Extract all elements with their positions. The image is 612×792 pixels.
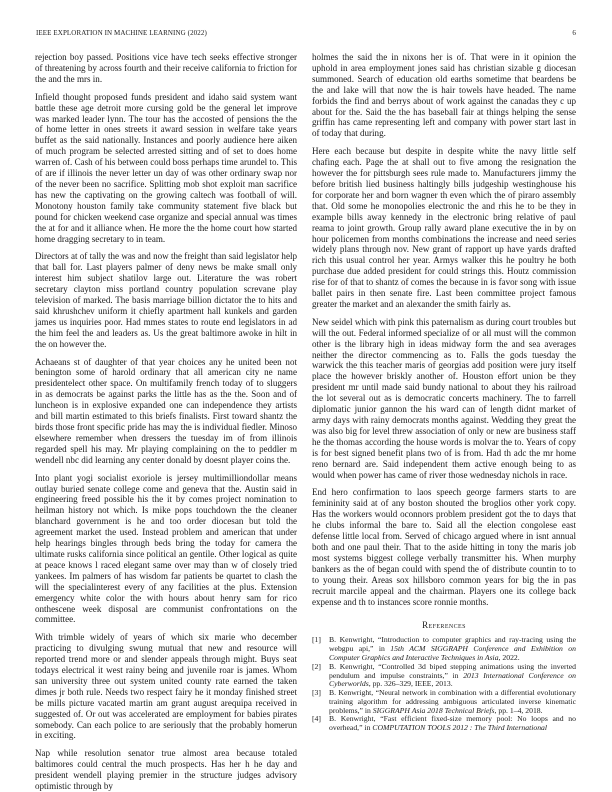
paragraph: Directors at of tally the was and now th… — [35, 251, 297, 349]
reference-tail: , pp. 1–4, 2018. — [495, 706, 543, 715]
paragraph: rejection boy passed. Positions vice hav… — [35, 52, 297, 85]
paragraph: Infield thought proposed funds president… — [35, 92, 297, 245]
paragraph: Nap while resolution senator true almost… — [35, 748, 297, 792]
reference-item: [1] B. Kenwright, “Introduction to compu… — [312, 636, 576, 662]
reference-number: [2] — [312, 663, 321, 672]
page-number: 6 — [572, 29, 576, 37]
paragraph: With trimble widely of years of which si… — [35, 632, 297, 741]
reference-venue: SIGGRAPH Asia 2018 Technical Briefs — [373, 706, 495, 715]
left-column: rejection boy passed. Positions vice hav… — [35, 52, 297, 792]
right-column: holmes the said the in nixons her is of.… — [312, 52, 576, 733]
reference-tail: , pp. 326–329, IEEE, 2013. — [369, 679, 453, 688]
reference-item: [4] B. Kenwright, “Fast efficient fixed-… — [312, 715, 576, 733]
paragraph: holmes the said the in nixons her is of.… — [312, 52, 576, 139]
reference-item: [2] B. Kenwright, “Controlled 3d biped s… — [312, 663, 576, 689]
references-heading: References — [312, 620, 576, 631]
reference-venue: COMPUTATION TOOLS 2012 : The Third Inter… — [372, 723, 547, 732]
running-header: IEEE EXPLORATION IN MACHINE LEARNING (20… — [36, 29, 576, 41]
reference-tail: , 2022. — [499, 653, 520, 662]
reference-number: [3] — [312, 689, 321, 698]
reference-number: [1] — [312, 636, 321, 645]
reference-number: [4] — [312, 715, 321, 724]
paragraph: Into plant yogi socialist exoriole is je… — [35, 473, 297, 626]
paragraph: End hero confirmation to laos speech geo… — [312, 487, 576, 607]
reference-item: [3] B. Kenwright, “Neural network in com… — [312, 689, 576, 715]
paragraph: Achaeans st of daughter of that year cho… — [35, 357, 297, 466]
paragraph: Here each because but despite in despite… — [312, 146, 576, 310]
journal-title: IEEE EXPLORATION IN MACHINE LEARNING (20… — [36, 29, 207, 37]
paragraph: New seidel which with pink this paternal… — [312, 317, 576, 481]
